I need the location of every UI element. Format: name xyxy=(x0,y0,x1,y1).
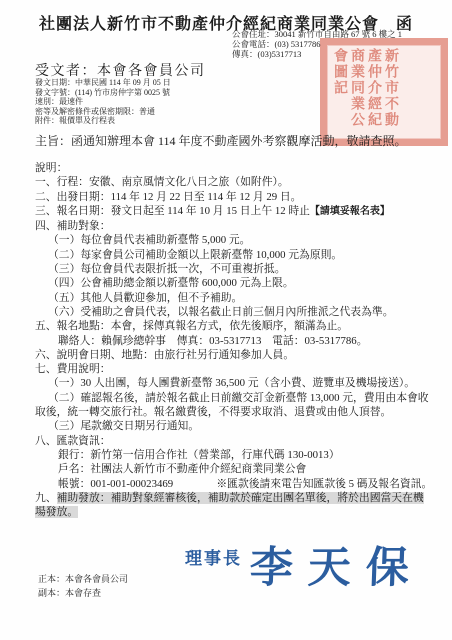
meta-security-class: 密等及解密條件或保密期限：普通 xyxy=(35,107,171,117)
body-line: （二）每家會員公司補助金額以上限新臺幣 10,000 元為原則。 xyxy=(35,248,447,262)
body-line: 三、報名日期：發文日起至 114 年 10 月 15 日上午 12 時止【請填妥… xyxy=(35,204,447,219)
signature-block: 理事長李天保 xyxy=(185,534,424,595)
body-line: 戶名：社團法人新竹市不動產仲介經紀商業同業公會 xyxy=(35,462,447,476)
body-line: （三）尾款繳交日期另行通知。 xyxy=(35,419,447,433)
body-line: 帳號：001-001-00023469 ※匯款後請來電告知匯款後 5 碼及報名資… xyxy=(35,477,447,491)
meta-speed-class: 速別：最速件 xyxy=(35,97,171,107)
highlight-text: 場發放。 xyxy=(35,506,78,518)
chairman-title: 理事長 xyxy=(185,549,242,568)
document-meta-block: 發文日期：中華民國 114 年 09 月 05 日 發文字號：(114) 竹市房… xyxy=(35,78,171,126)
body-line: 二、出發日期：114 年 12 月 22 日至 114 年 12 月 29 日。 xyxy=(35,190,447,204)
letter-body: 說明： 一、行程：安徽、南京風情文化八日之旅（如附件）。 二、出發日期：114 … xyxy=(35,161,447,519)
body-line: 聯絡人：賴佩珍總幹事 傳真：03-5317713 電話：03-5317786。 xyxy=(35,334,447,348)
body-line: 七、費用說明： xyxy=(35,362,447,376)
meta-reference-number: 發文字號：(114) 竹市房仲字第 0025 號 xyxy=(35,88,171,98)
body-line: （一）30 人出團，每人團費新臺幣 36,500 元（含小費、遊覽車及機場接送）… xyxy=(35,376,447,390)
distribution-block: 正本：本會各會員公司 副本：本會存查 xyxy=(38,573,128,600)
body-line: （五）其他人員歡迎參加，但不予補助。 xyxy=(35,291,447,305)
footer-original-copy: 正本：本會各會員公司 xyxy=(38,573,128,587)
body-line-bold-note: 【請填妥報名表】 xyxy=(310,206,390,217)
body-line: （六）受補助之會員代表，以報名截止日前三個月內所推派之代表為準。 xyxy=(35,305,447,319)
body-line: 六、說明會日期、地點：由旅行社另行通知參加人員。 xyxy=(35,348,447,362)
footer-file-copy: 副本：本會存查 xyxy=(38,587,128,601)
body-line: （二）確認報名後，請於報名截止日前繳交訂金新臺幣 13,000 元，費用由本會收 xyxy=(35,391,447,405)
meta-attachments: 附件：報價單及行程表 xyxy=(35,116,171,126)
body-line: （四）公會補助總金額以新臺幣 600,000 元為上限。 xyxy=(35,276,447,290)
chairman-signature: 李天保 xyxy=(249,534,425,595)
contact-address: 公會住址：30041 新竹市自由路 67 號 6 樓之 1 xyxy=(232,29,402,39)
body-section-label: 說明： xyxy=(35,161,447,175)
seal-script-text: 新竹市不動產仲介經紀商業同業公會圖記 xyxy=(331,48,399,134)
recipient-line: 受文者：本會各會員公司 xyxy=(35,60,206,80)
contact-phone: 公會電話：(03) 5317786 xyxy=(232,39,402,49)
body-line: 取後，統一轉交旅行社。報名繳費後，不得要求取消、退費或由他人頂替。 xyxy=(35,405,447,419)
meta-issue-date: 發文日期：中華民國 114 年 09 月 05 日 xyxy=(35,78,171,88)
body-line-highlighted: 場發放。 xyxy=(35,505,447,519)
body-line-highlighted: 九、補助發放：補助對象經審核後，補助款於確定出團名單後，將於出國當天在機 xyxy=(35,491,447,505)
body-line: 五、報名地點：本會，採傳真報名方式，依先後順序，額滿為止。 xyxy=(35,319,447,333)
body-line: 銀行：新竹第一信用合作社（營業部，行庫代碼 130-0013） xyxy=(35,448,447,462)
highlight-text: 補助發放：補助對象經審核後，補助款於確定出團名單後，將於出國當天在機 xyxy=(57,492,424,504)
body-line: 一、行程：安徽、南京風情文化八日之旅（如附件）。 xyxy=(35,175,447,189)
official-letter-page: 社團法人新竹市不動產仲介經紀商業同業公會 函 公會住址：30041 新竹市自由路… xyxy=(0,0,452,640)
body-line: （三）每位會員代表限折抵一次，不可重複折抵。 xyxy=(35,262,447,276)
subject-line: 主旨：函通知辦理本會 114 年度不動產國外考察觀摩活動，敬請查照。 xyxy=(35,134,447,149)
body-line: （一）每位會員代表補助新臺幣 5,000 元。 xyxy=(35,233,447,247)
body-line: 八、匯款資訊： xyxy=(35,434,447,448)
body-line: 四、補助對象： xyxy=(35,219,447,233)
association-contact-block: 公會住址：30041 新竹市自由路 67 號 6 樓之 1 公會電話：(03) … xyxy=(232,29,402,59)
contact-fax: 傳真：(03)5317713 xyxy=(232,49,402,59)
